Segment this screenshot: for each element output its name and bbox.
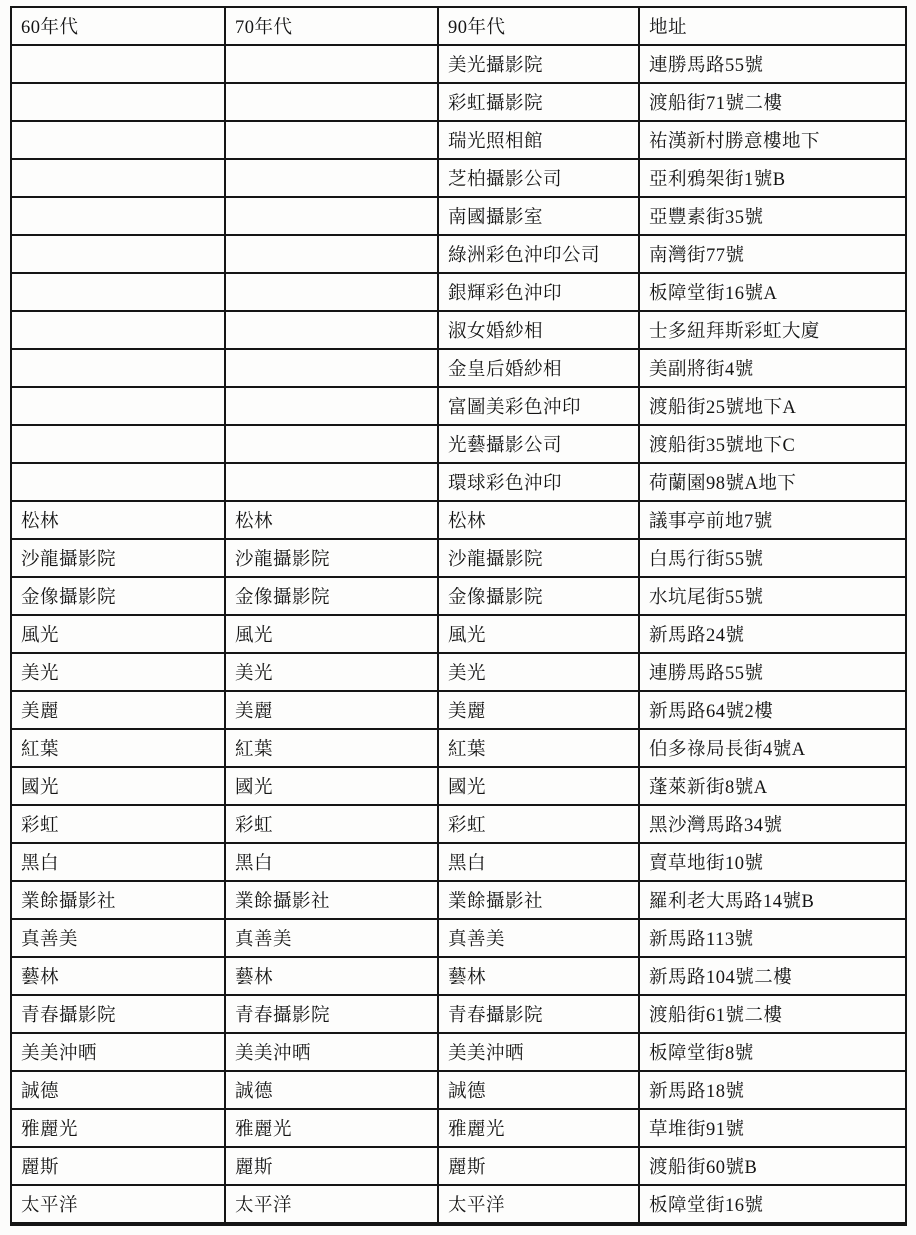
table-cell: 沙龍攝影院 — [225, 539, 438, 577]
document-page: { "page": { "background": "#fcfcfb", "in… — [0, 0, 916, 1235]
table-cell: 草堆街91號 — [639, 1109, 906, 1147]
table-cell: 美光 — [11, 653, 225, 691]
table-cell — [11, 349, 225, 387]
table-cell: 松林 — [11, 501, 225, 539]
table-cell — [11, 121, 225, 159]
table-cell: 南國攝影室 — [438, 197, 639, 235]
table-cell: 黑白 — [225, 843, 438, 881]
table-row: 松林松林松林議事亭前地7號 — [11, 501, 906, 539]
table-cell: 渡船街71號二樓 — [639, 83, 906, 121]
table-cell: 國光 — [438, 767, 639, 805]
table-cell: 連勝馬路55號 — [639, 653, 906, 691]
table-cell: 板障堂街8號 — [639, 1033, 906, 1071]
table-row: 藝林藝林藝林新馬路104號二樓 — [11, 957, 906, 995]
table-cell: 賣草地街10號 — [639, 843, 906, 881]
table-row: 金皇后婚紗相美副將街4號 — [11, 349, 906, 387]
table-cell: 金像攝影院 — [225, 577, 438, 615]
column-header-60s: 60年代 — [11, 7, 225, 45]
table-cell: 國光 — [11, 767, 225, 805]
table-cell: 業餘攝影社 — [11, 881, 225, 919]
table-cell: 麗斯 — [225, 1147, 438, 1185]
table-cell: 業餘攝影社 — [225, 881, 438, 919]
table-cell: 蓬萊新街8號A — [639, 767, 906, 805]
table-cell: 新馬路113號 — [639, 919, 906, 957]
table-cell: 渡船街61號二樓 — [639, 995, 906, 1033]
table-cell — [11, 463, 225, 501]
table-cell: 金像攝影院 — [11, 577, 225, 615]
table-row: 光藝攝影公司渡船街35號地下C — [11, 425, 906, 463]
table-cell: 瑞光照相館 — [438, 121, 639, 159]
table-cell: 紅葉 — [11, 729, 225, 767]
table-cell: 議事亭前地7號 — [639, 501, 906, 539]
table-cell: 黑白 — [11, 843, 225, 881]
table-cell: 美美沖晒 — [438, 1033, 639, 1071]
table-header-row: 60年代 70年代 90年代 地址 — [11, 7, 906, 45]
table-row: 美光攝影院連勝馬路55號 — [11, 45, 906, 83]
table-cell — [11, 273, 225, 311]
table-cell: 士多紐拜斯彩虹大廈 — [639, 311, 906, 349]
table-cell: 美麗 — [11, 691, 225, 729]
table-cell: 淑女婚紗相 — [438, 311, 639, 349]
table-row: 沙龍攝影院沙龍攝影院沙龍攝影院白馬行街55號 — [11, 539, 906, 577]
table-cell: 金像攝影院 — [438, 577, 639, 615]
table-cell: 光藝攝影公司 — [438, 425, 639, 463]
table-cell: 青春攝影院 — [11, 995, 225, 1033]
table-row: 南國攝影室亞豐素街35號 — [11, 197, 906, 235]
table-cell: 風光 — [225, 615, 438, 653]
table-cell: 紅葉 — [225, 729, 438, 767]
table-cell: 黑沙灣馬路34號 — [639, 805, 906, 843]
table-cell — [225, 273, 438, 311]
column-header-70s: 70年代 — [225, 7, 438, 45]
table-cell: 祐漢新村勝意樓地下 — [639, 121, 906, 159]
table-cell — [11, 45, 225, 83]
table-cell: 南灣街77號 — [639, 235, 906, 273]
table-cell — [225, 463, 438, 501]
table-row: 淑女婚紗相士多紐拜斯彩虹大廈 — [11, 311, 906, 349]
table-cell: 彩虹 — [438, 805, 639, 843]
table-cell: 美光攝影院 — [438, 45, 639, 83]
table-cell: 紅葉 — [438, 729, 639, 767]
table-cell: 風光 — [438, 615, 639, 653]
table-cell: 新馬路64號2樓 — [639, 691, 906, 729]
table-row: 美光美光美光連勝馬路55號 — [11, 653, 906, 691]
table-cell — [225, 235, 438, 273]
table-cell: 金皇后婚紗相 — [438, 349, 639, 387]
table-cell — [225, 197, 438, 235]
table-cell: 新馬路18號 — [639, 1071, 906, 1109]
table-cell: 環球彩色沖印 — [438, 463, 639, 501]
table-cell — [11, 235, 225, 273]
table-cell — [11, 311, 225, 349]
table-cell: 松林 — [225, 501, 438, 539]
table-row: 瑞光照相館祐漢新村勝意樓地下 — [11, 121, 906, 159]
table-cell: 藝林 — [225, 957, 438, 995]
table-row: 銀輝彩色沖印板障堂街16號A — [11, 273, 906, 311]
table-cell: 業餘攝影社 — [438, 881, 639, 919]
table-cell — [11, 425, 225, 463]
table-cell: 藝林 — [438, 957, 639, 995]
table-row: 綠洲彩色沖印公司南灣街77號 — [11, 235, 906, 273]
table-cell: 芝柏攝影公司 — [438, 159, 639, 197]
table-cell: 風光 — [11, 615, 225, 653]
table-cell: 美麗 — [438, 691, 639, 729]
table-cell — [225, 121, 438, 159]
table-cell — [225, 83, 438, 121]
table-cell: 富圖美彩色沖印 — [438, 387, 639, 425]
table-cell: 亞豐素街35號 — [639, 197, 906, 235]
table-cell: 連勝馬路55號 — [639, 45, 906, 83]
table-row: 環球彩色沖印荷蘭園98號A地下 — [11, 463, 906, 501]
table-cell: 伯多祿局長街4號A — [639, 729, 906, 767]
table-cell: 青春攝影院 — [225, 995, 438, 1033]
table-row: 金像攝影院金像攝影院金像攝影院水坑尾街55號 — [11, 577, 906, 615]
table-cell — [11, 83, 225, 121]
table-cell: 松林 — [438, 501, 639, 539]
table-cell: 綠洲彩色沖印公司 — [438, 235, 639, 273]
table-row: 彩虹攝影院渡船街71號二樓 — [11, 83, 906, 121]
table-row: 芝柏攝影公司亞利鴉架街1號B — [11, 159, 906, 197]
table-row: 麗斯麗斯麗斯渡船街60號B — [11, 1147, 906, 1185]
column-header-90s: 90年代 — [438, 7, 639, 45]
table-cell — [225, 349, 438, 387]
table-cell: 沙龍攝影院 — [11, 539, 225, 577]
table-row: 富圖美彩色沖印渡船街25號地下A — [11, 387, 906, 425]
table-cell: 真善美 — [11, 919, 225, 957]
table-cell — [225, 311, 438, 349]
table-cell: 藝林 — [11, 957, 225, 995]
table-cell: 彩虹 — [11, 805, 225, 843]
table-cell: 雅麗光 — [11, 1109, 225, 1147]
table-cell: 沙龍攝影院 — [438, 539, 639, 577]
table-row: 青春攝影院青春攝影院青春攝影院渡船街61號二樓 — [11, 995, 906, 1033]
table-row: 彩虹彩虹彩虹黑沙灣馬路34號 — [11, 805, 906, 843]
table-cell: 荷蘭園98號A地下 — [639, 463, 906, 501]
table-cell: 青春攝影院 — [438, 995, 639, 1033]
table-cell — [11, 387, 225, 425]
table-row: 美麗美麗美麗新馬路64號2樓 — [11, 691, 906, 729]
table-cell: 美麗 — [225, 691, 438, 729]
column-header-address: 地址 — [639, 7, 906, 45]
table-cell — [225, 425, 438, 463]
table-row: 太平洋太平洋太平洋板障堂街16號 — [11, 1185, 906, 1224]
table-cell: 太平洋 — [438, 1185, 639, 1224]
table-cell: 太平洋 — [225, 1185, 438, 1224]
table-cell: 水坑尾街55號 — [639, 577, 906, 615]
table-cell: 白馬行街55號 — [639, 539, 906, 577]
table-cell: 誠德 — [438, 1071, 639, 1109]
table-cell: 雅麗光 — [438, 1109, 639, 1147]
photo-studios-table: 60年代 70年代 90年代 地址 美光攝影院連勝馬路55號彩虹攝影院渡船街71… — [10, 6, 907, 1226]
table-cell: 彩虹 — [225, 805, 438, 843]
table-cell — [225, 387, 438, 425]
table-body: 美光攝影院連勝馬路55號彩虹攝影院渡船街71號二樓瑞光照相館祐漢新村勝意樓地下芝… — [11, 45, 906, 1224]
scanned-page-background: 60年代 70年代 90年代 地址 美光攝影院連勝馬路55號彩虹攝影院渡船街71… — [0, 0, 916, 1235]
table-cell: 誠德 — [225, 1071, 438, 1109]
table-row: 美美沖晒美美沖晒美美沖晒板障堂街8號 — [11, 1033, 906, 1071]
table-cell: 黑白 — [438, 843, 639, 881]
table-cell: 美光 — [225, 653, 438, 691]
table-cell: 美美沖晒 — [225, 1033, 438, 1071]
table-cell: 彩虹攝影院 — [438, 83, 639, 121]
table-cell: 渡船街60號B — [639, 1147, 906, 1185]
table-cell: 美美沖晒 — [11, 1033, 225, 1071]
table-cell — [11, 197, 225, 235]
table-cell: 美副將街4號 — [639, 349, 906, 387]
table-row: 業餘攝影社業餘攝影社業餘攝影社羅利老大馬路14號B — [11, 881, 906, 919]
table-cell: 誠德 — [11, 1071, 225, 1109]
table-cell: 渡船街35號地下C — [639, 425, 906, 463]
table-cell: 國光 — [225, 767, 438, 805]
table-cell: 羅利老大馬路14號B — [639, 881, 906, 919]
table-row: 真善美真善美真善美新馬路113號 — [11, 919, 906, 957]
table-row: 雅麗光雅麗光雅麗光草堆街91號 — [11, 1109, 906, 1147]
table-cell: 亞利鴉架街1號B — [639, 159, 906, 197]
table-cell: 麗斯 — [438, 1147, 639, 1185]
table-cell — [225, 159, 438, 197]
table-row: 風光風光風光新馬路24號 — [11, 615, 906, 653]
table-cell: 板障堂街16號 — [639, 1185, 906, 1224]
table-cell: 新馬路104號二樓 — [639, 957, 906, 995]
table-cell: 雅麗光 — [225, 1109, 438, 1147]
table-cell: 板障堂街16號A — [639, 273, 906, 311]
table-cell: 新馬路24號 — [639, 615, 906, 653]
table-cell — [11, 159, 225, 197]
table-cell: 麗斯 — [11, 1147, 225, 1185]
table-cell: 渡船街25號地下A — [639, 387, 906, 425]
table-row: 國光國光國光蓬萊新街8號A — [11, 767, 906, 805]
table-cell: 美光 — [438, 653, 639, 691]
table-row: 黑白黑白黑白賣草地街10號 — [11, 843, 906, 881]
table-row: 紅葉紅葉紅葉伯多祿局長街4號A — [11, 729, 906, 767]
table-cell: 銀輝彩色沖印 — [438, 273, 639, 311]
table-cell: 真善美 — [438, 919, 639, 957]
table-row: 誠德誠德誠德新馬路18號 — [11, 1071, 906, 1109]
table-cell: 太平洋 — [11, 1185, 225, 1224]
table-cell: 真善美 — [225, 919, 438, 957]
table-cell — [225, 45, 438, 83]
